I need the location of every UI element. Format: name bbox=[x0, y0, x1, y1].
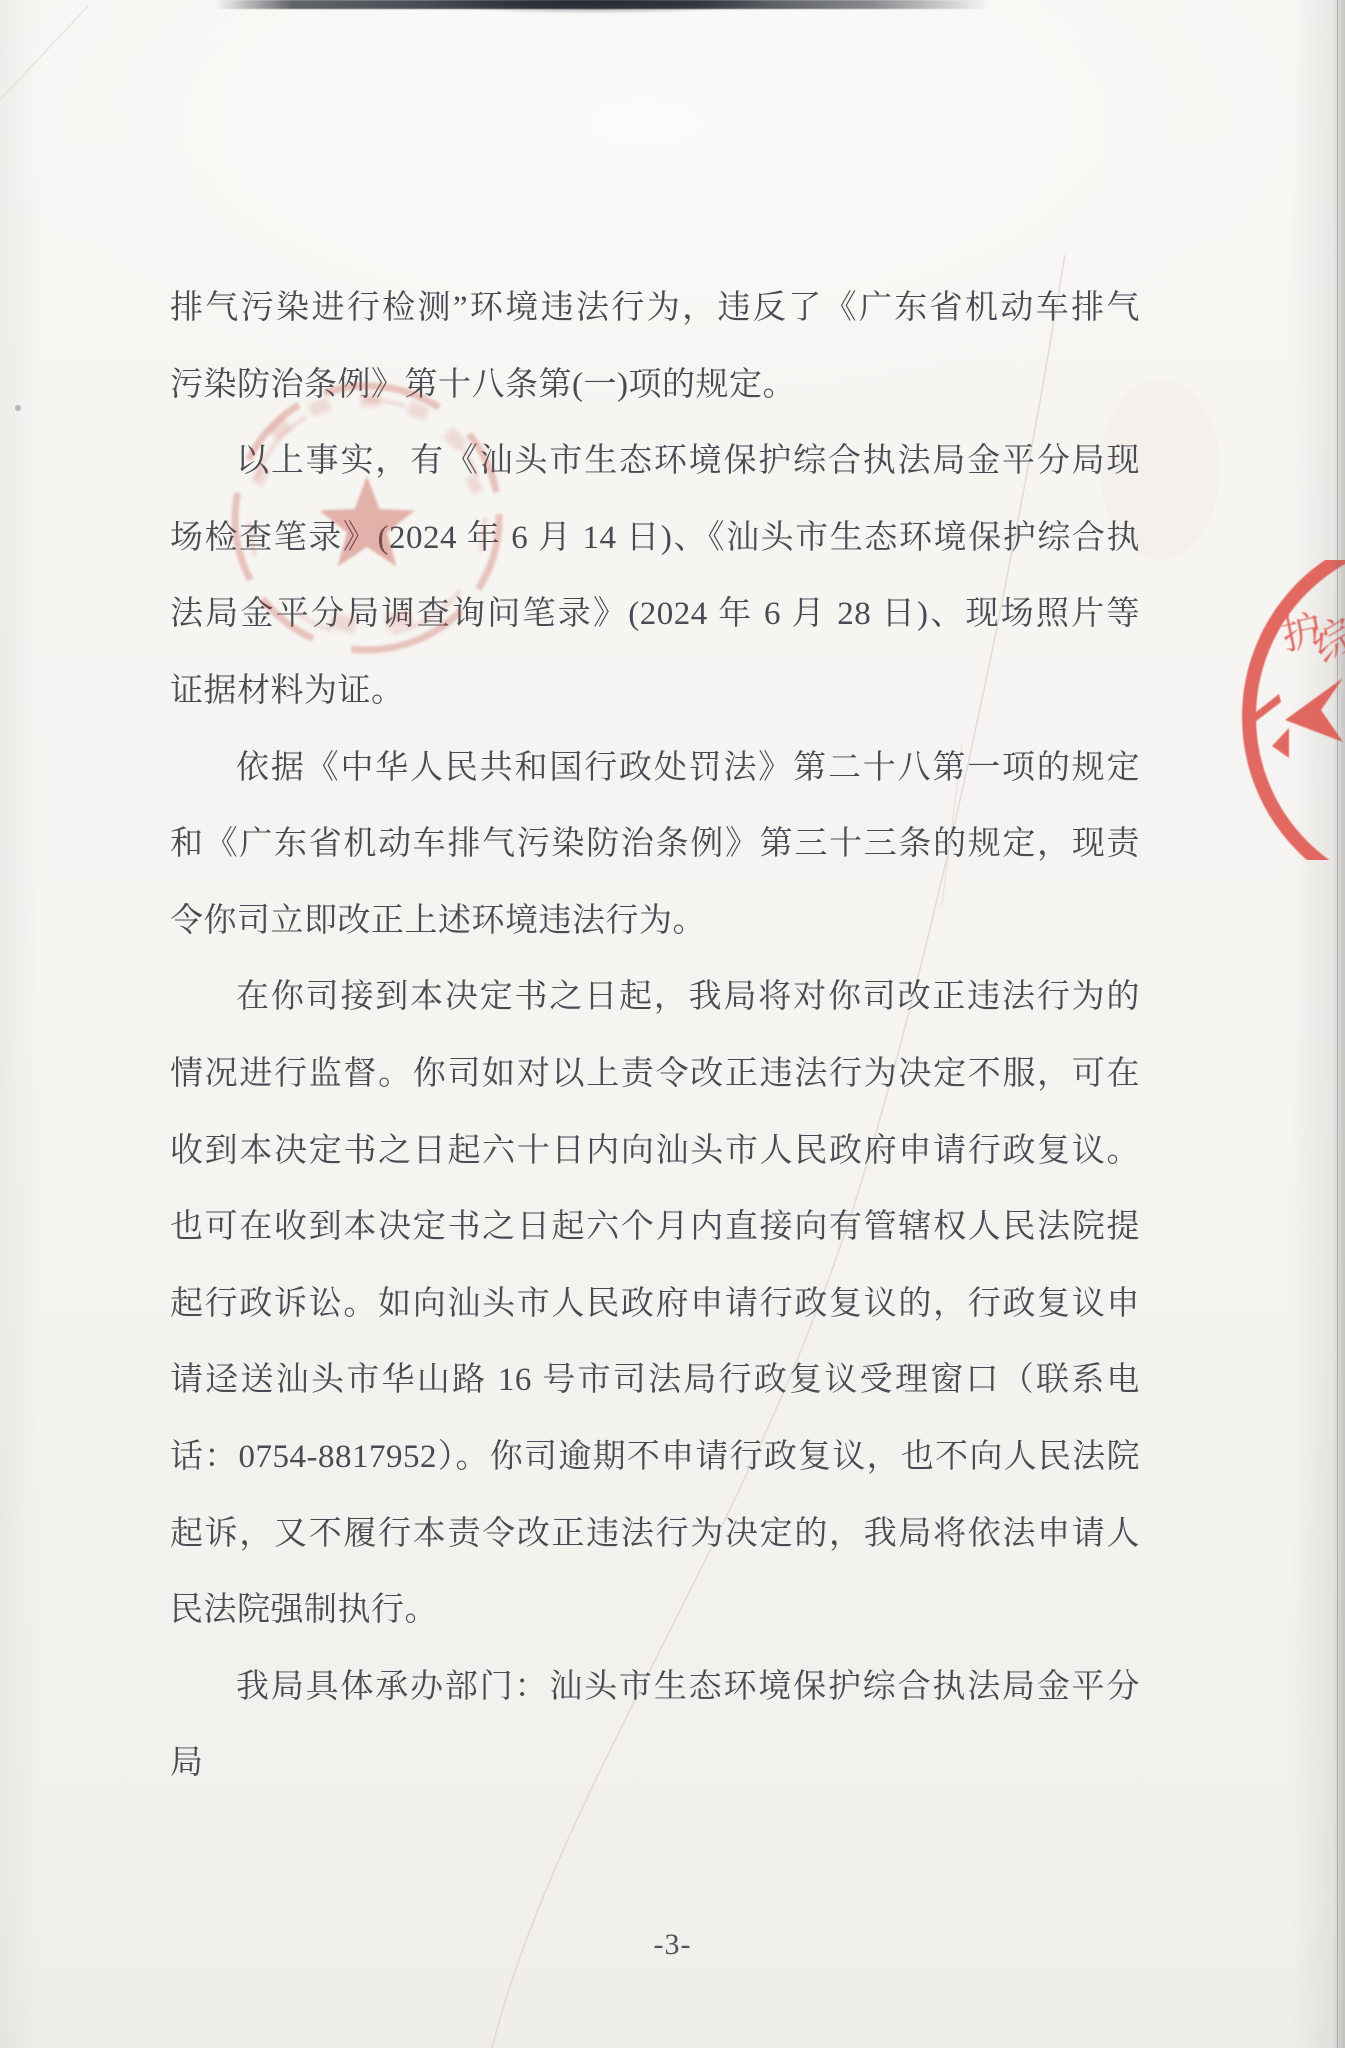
document-line: 法局金平分局调查询问笔录》(2024 年 6 月 28 日)、现场照片等 bbox=[170, 578, 1140, 655]
corner-crease bbox=[0, 6, 88, 100]
edge-seal-stamp: 护 综 bbox=[1235, 560, 1345, 860]
document-line: 和《广东省机动车排气污染防治条例》第三十三条的规定，现责 bbox=[170, 808, 1140, 885]
page-number: -3- bbox=[0, 1928, 1345, 1962]
ink-speck bbox=[15, 405, 21, 411]
document-body: 排气污染进行检测”环境违法行为，违反了《广东省机动车排气污染防治条例》第十八条第… bbox=[170, 272, 1140, 1804]
document-line: 污染防治条例》第十八条第(一)项的规定。 bbox=[170, 349, 1140, 426]
edge-seal-ring bbox=[1249, 560, 1345, 860]
document-line: 证据材料为证。 bbox=[170, 655, 1140, 732]
document-line: 也可在收到本决定书之日起六个月内直接向有管辖权人民法院提 bbox=[170, 1191, 1140, 1268]
document-line: 以上事实，有《汕头市生态环境保护综合执法局金平分局现 bbox=[170, 425, 1140, 502]
document-line: 局 bbox=[170, 1727, 1140, 1804]
document-line: 起行政诉讼。如向汕头市人民政府申请行政复议的，行政复议申 bbox=[170, 1268, 1140, 1345]
document-line: 令你司立即改正上述环境违法行为。 bbox=[170, 885, 1140, 962]
document-line: 依据《中华人民共和国行政处罚法》第二十八第一项的规定 bbox=[170, 732, 1140, 809]
document-line: 排气污染进行检测”环境违法行为，违反了《广东省机动车排气 bbox=[170, 272, 1140, 349]
scanned-document-page: 排气污染进行检测”环境违法行为，违反了《广东省机动车排气污染防治条例》第十八条第… bbox=[0, 0, 1345, 2048]
edge-seal-char-1: 护 bbox=[1278, 606, 1326, 658]
edge-seal-star-fragment bbox=[1251, 678, 1343, 758]
paper-right-edge-line bbox=[1337, 0, 1338, 2048]
document-line: 收到本决定书之日起六十日内向汕头市人民政府申请行政复议。 bbox=[170, 1115, 1140, 1192]
document-line: 在你司接到本决定书之日起，我局将对你司改正违法行为的 bbox=[170, 961, 1140, 1038]
document-line: 民法院强制执行。 bbox=[170, 1574, 1140, 1651]
document-line: 场检查笔录》(2024 年 6 月 14 日)、《汕头市生态环境保护综合执 bbox=[170, 502, 1140, 579]
document-line: 话：0754-8817952）。你司逾期不申请行政复议，也不向人民法院 bbox=[170, 1421, 1140, 1498]
document-line: 我局具体承办部门：汕头市生态环境保护综合执法局金平分 bbox=[170, 1651, 1140, 1728]
document-line: 起诉，又不履行本责令改正违法行为决定的，我局将依法申请人 bbox=[170, 1498, 1140, 1575]
scan-edge-artifact-blotch bbox=[430, 0, 760, 13]
document-line: 情况进行监督。你司如对以上责令改正违法行为决定不服，可在 bbox=[170, 1038, 1140, 1115]
paper-right-edge-shadow bbox=[1333, 0, 1345, 2048]
document-line: 请迳送汕头市华山路 16 号市司法局行政复议受理窗口（联系电 bbox=[170, 1344, 1140, 1421]
